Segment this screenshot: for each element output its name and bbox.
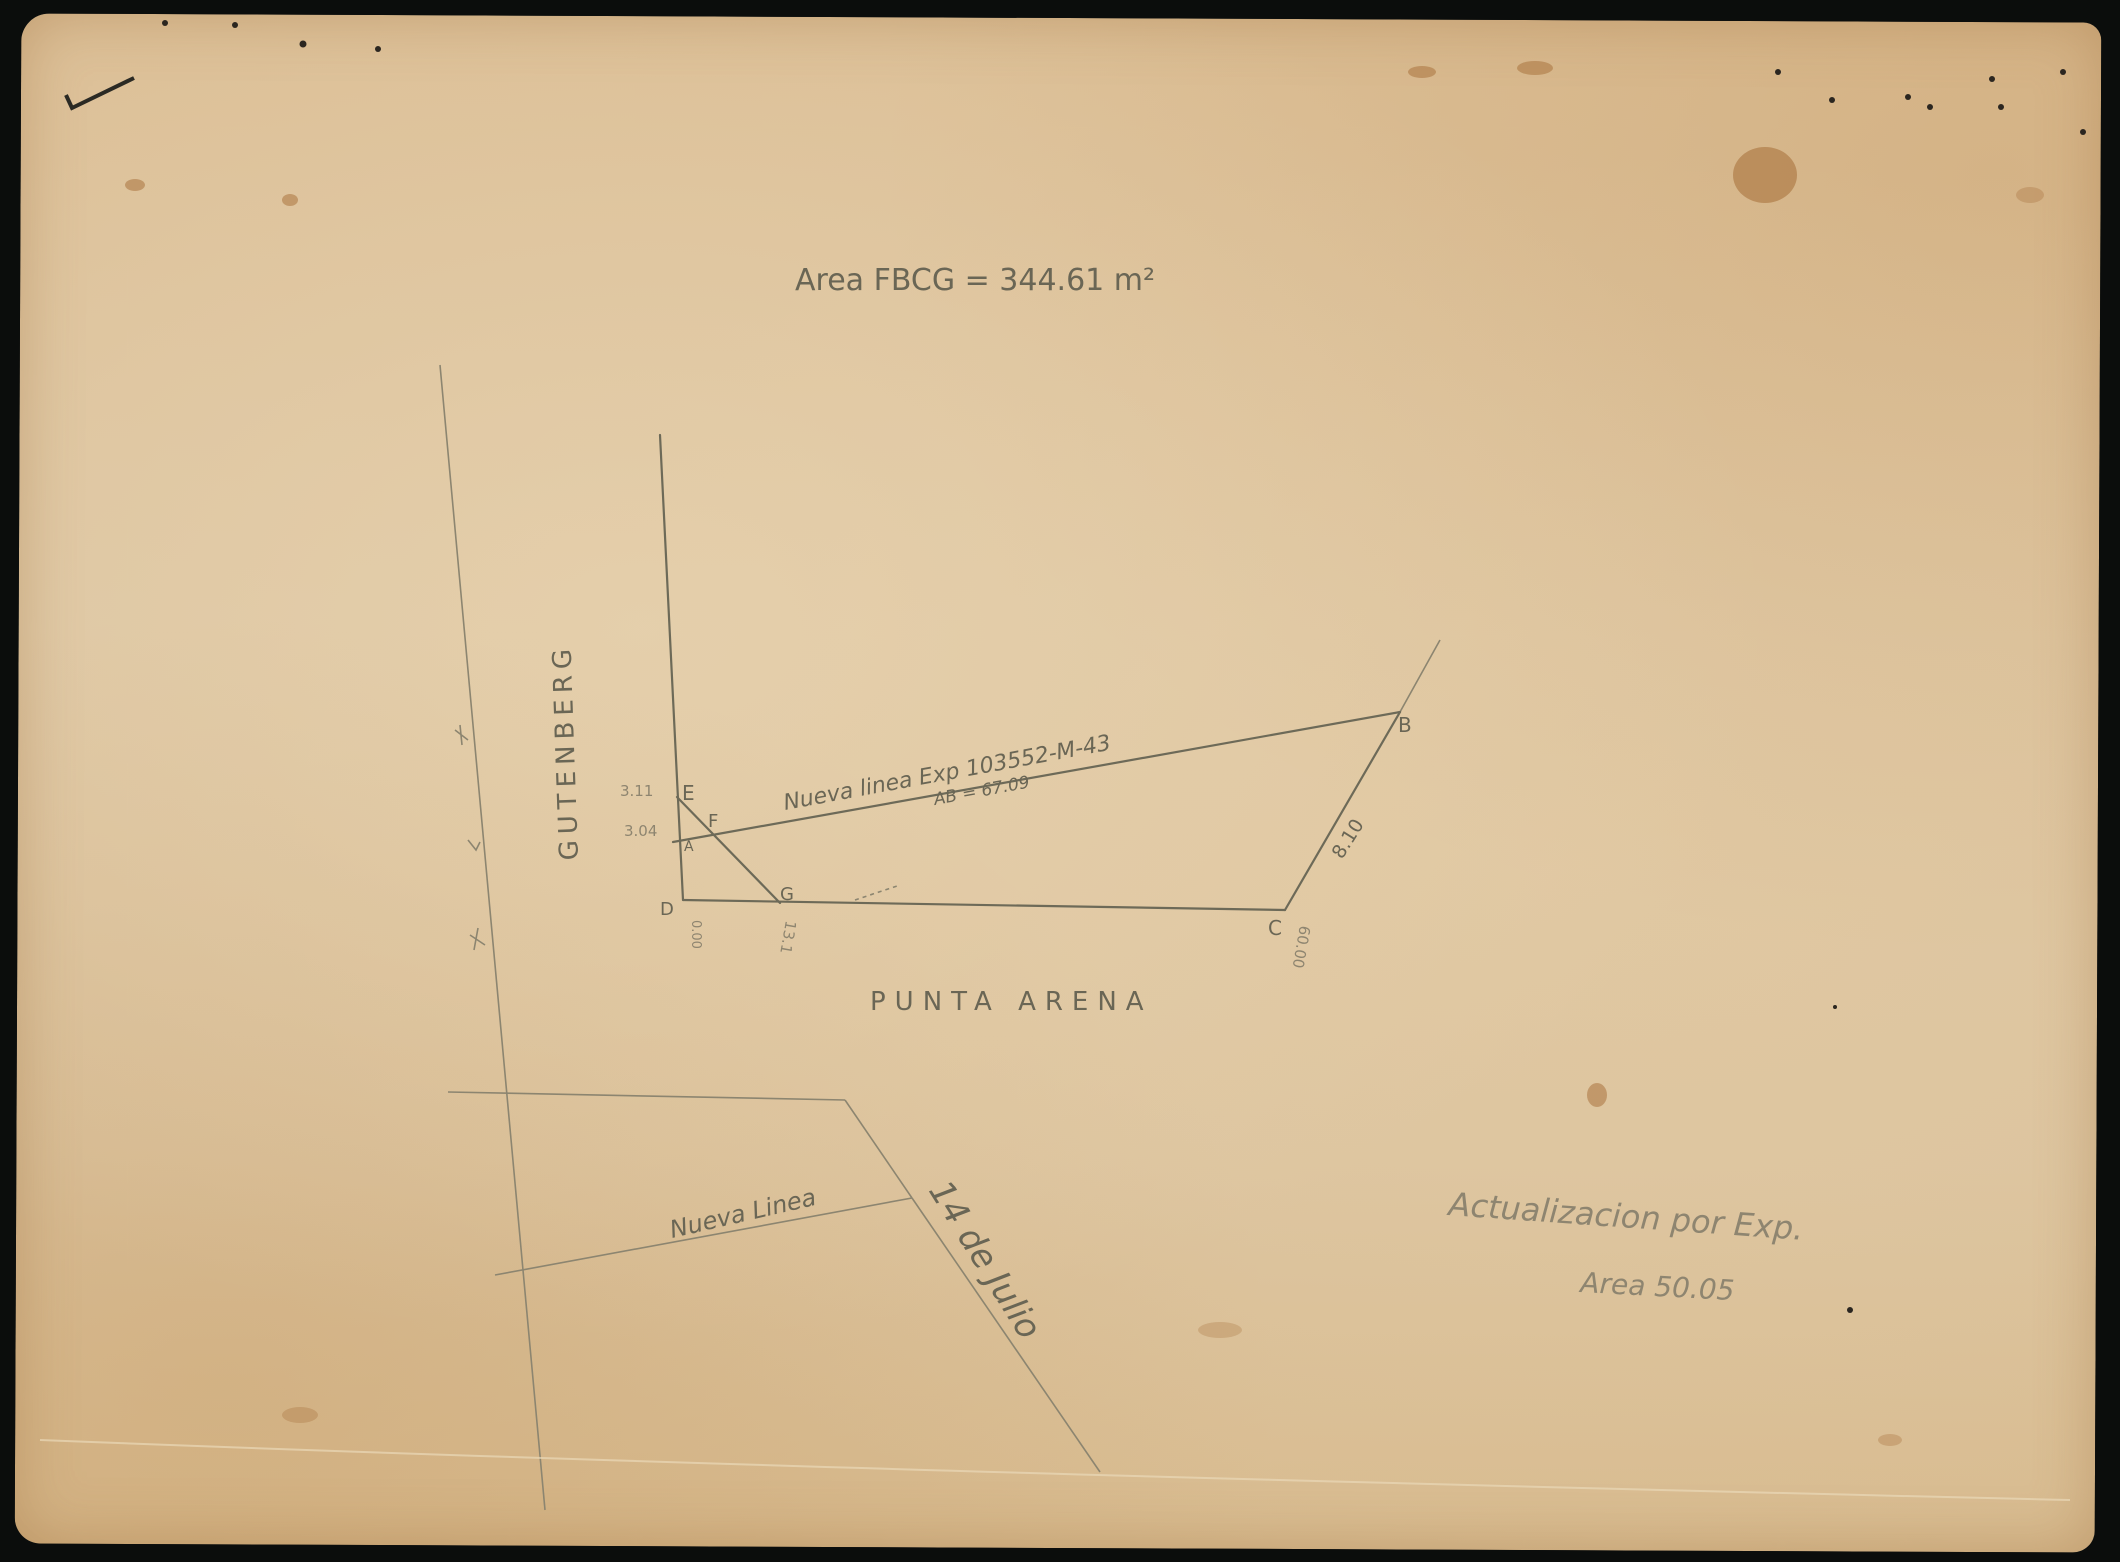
street-punta-arena: PUNTA ARENA: [870, 987, 1153, 1017]
note-line-2: Area 50.05: [1578, 1266, 1736, 1307]
plot-polygon: [660, 435, 1440, 910]
point-g: G: [780, 884, 794, 905]
boundary-marks: [455, 725, 485, 950]
dim-a: 3.04: [624, 822, 657, 840]
point-a: A: [684, 839, 694, 855]
point-c: C: [1268, 916, 1282, 940]
dim-e: 3.11: [620, 782, 653, 800]
note-line-1: Actualizacion por Exp.: [1445, 1185, 1804, 1248]
dim-g: 13.1: [776, 919, 800, 955]
fold-crease: [40, 1440, 2070, 1500]
point-f: F: [708, 811, 718, 832]
punch-holes: [162, 20, 2086, 1313]
street-14-de-julio: 14 de Julio: [920, 1174, 1049, 1347]
checkmark-icon: [66, 78, 134, 108]
street-gutenberg: GUTENBERG: [547, 642, 585, 860]
new-line-lower-label: Nueva Linea: [667, 1183, 819, 1244]
area-title: Area FBCG = 344.61 m²: [795, 263, 1155, 298]
western-boundary-line: [440, 365, 545, 1510]
point-e: E: [682, 781, 695, 805]
point-b: B: [1398, 713, 1412, 737]
survey-sketch: Area FBCG = 344.61 m² E F A D G C B 3.11…: [0, 0, 2120, 1562]
point-d: D: [660, 899, 674, 920]
side-bc-length: 8.10: [1328, 815, 1369, 863]
dim-c: 60.00: [1289, 924, 1314, 969]
dim-d: 0.00: [688, 920, 703, 949]
